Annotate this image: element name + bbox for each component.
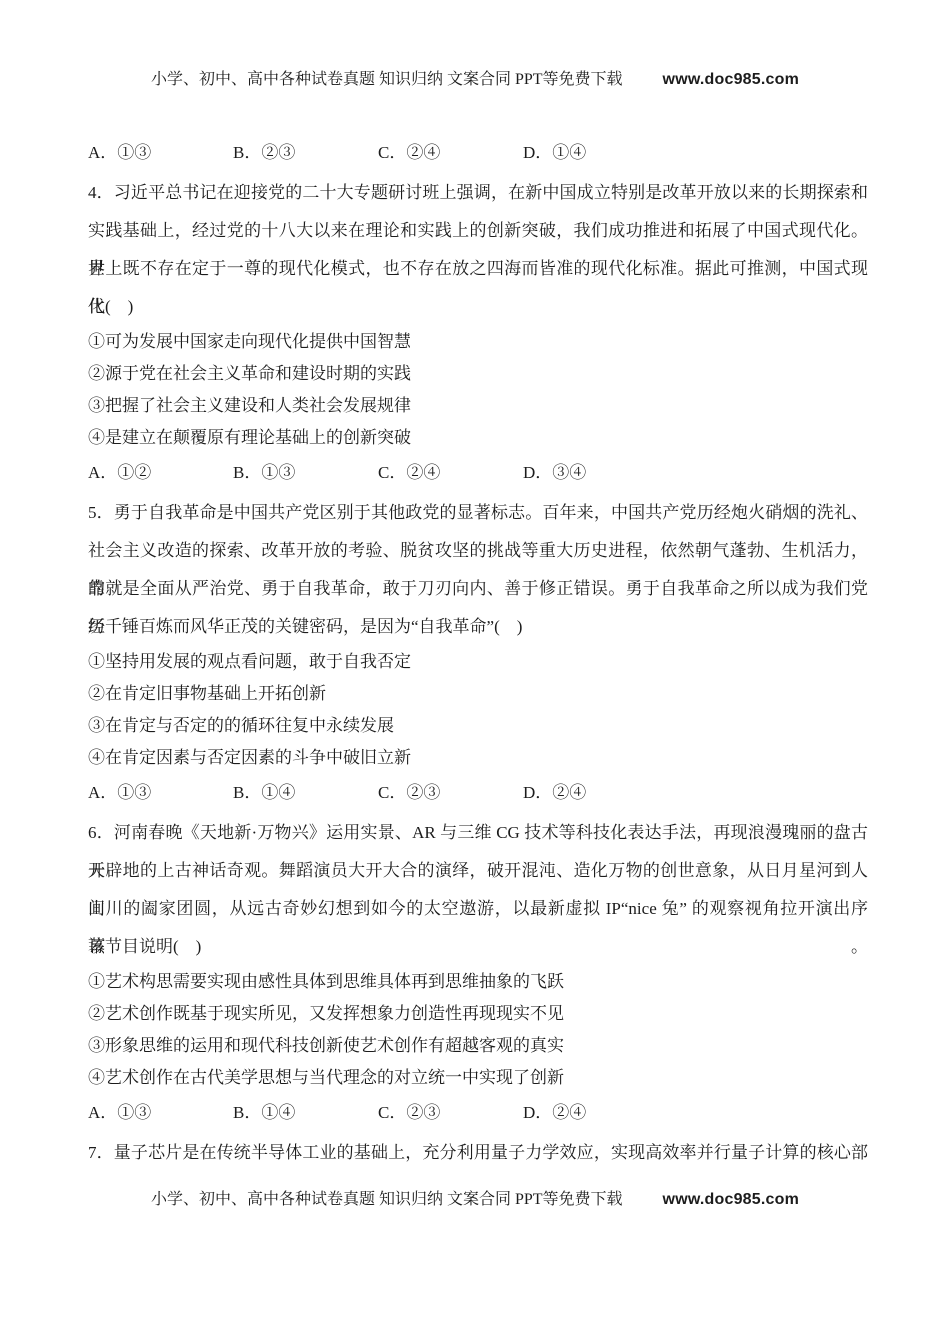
answer-option-d: D．②④ [523,778,586,803]
answer-option-d: D．②④ [523,1098,586,1123]
answer-option-b: B．①④ [233,778,378,803]
question-5-statement-2: ②在肯定旧事物基础上开拓创新 [88,678,868,710]
question-6: 6．河南春晚《天地新·万物兴》运用实景、AR 与三维 CG 技术等科技化表达手法… [88,814,868,1126]
answer-option-b: B．①③ [233,458,378,483]
question-5-statement-1: ①坚持用发展的观点看问题，敢于自我否定 [88,646,868,678]
footer-banner-text: 小学、初中、高中各种试卷真题 知识归纳 文案合同 PPT等免费下载 [151,1186,623,1209]
question-6-statement-2: ②艺术创作既基于现实所见，又发挥想象力创造性再现现实不见 [88,998,868,1030]
answer-options-row-q3: A．①③B．②③C．②④D．①④ [88,134,868,166]
answer-option-c: C．②④ [378,138,523,163]
question-5-stem-line-1: 5．勇于自我革命是中国共产党区别于其他政党的显著标志。百年来，中国共产党历经炮火… [88,494,868,532]
question-4-statement-1: ①可为发展中国家走向现代化提供中国智慧 [88,326,868,358]
footer-banner: 小学、初中、高中各种试卷真题 知识归纳 文案合同 PPT等免费下载 www.do… [0,1186,950,1209]
exam-document-page: 小学、初中、高中各种试卷真题 知识归纳 文案合同 PPT等免费下载 www.do… [0,0,950,1344]
answer-option-b: B．①④ [233,1098,378,1123]
question-4-statement-3: ③把握了社会主义建设和人类社会发展规律 [88,390,868,422]
answer-option-a: A．①③ [88,778,233,803]
answer-options-row-q5: A．①③B．①④C．②③D．②④ [88,774,868,806]
question-6-stem-line-3: 山川的阖家团圆，从远古奇妙幻想到如今的太空遨游，以最新虚拟 IP“nice 兔”… [88,890,868,928]
question-6-statement-4: ④艺术创作在古代美学思想与当代理念的对立统一中实现了创新 [88,1062,868,1094]
question-6-statement-3: ③形象思维的运用和现代科技创新使艺术创作有超越客观的真实 [88,1030,868,1062]
question-6-stem-line-1: 6．河南春晚《天地新·万物兴》运用实景、AR 与三维 CG 技术等科技化表达手法… [88,814,868,852]
footer-banner-url: www.doc985.com [663,1191,799,1209]
answer-option-a: A．①③ [88,1098,233,1123]
answer-option-d: D．③④ [523,458,586,483]
answer-option-b: B．②③ [233,138,378,163]
question-4-statement-2: ②源于党在社会主义革命和建设时期的实践 [88,358,868,390]
question-5-stem-line-2: 社会主义改造的探索、改革开放的考验、脱贫攻坚的挑战等重大历史进程，依然朝气蓬勃、… [88,532,868,570]
answer-options-row-q6: A．①③B．①④C．②③D．②④ [88,1094,868,1126]
answer-option-c: C．②③ [378,778,523,803]
question-4-stem-line-2: 实践基础上，经过党的十八大以来在理论和实践上的创新突破，我们成功推进和拓展了中国… [88,212,868,250]
question-7-partial: 7．量子芯片是在传统半导体工业的基础上，充分利用量子力学效应，实现高效率并行量子… [88,1134,868,1172]
answer-option-d: D．①④ [523,138,586,163]
header-banner-text: 小学、初中、高中各种试卷真题 知识归纳 文案合同 PPT等免费下载 [151,66,623,89]
header-banner: 小学、初中、高中各种试卷真题 知识归纳 文案合同 PPT等免费下载 www.do… [0,66,950,89]
answer-option-a: A．①③ [88,138,233,163]
question-5-statement-3: ③在肯定与否定的的循环往复中永续发展 [88,710,868,742]
header-banner-url: www.doc985.com [663,71,799,89]
question-4-stem-line-1: 4．习近平总书记在迎接党的二十大专题研讨班上强调，在新中国成立特别是改革开放以来… [88,174,868,212]
answer-option-a: A．①② [88,458,233,483]
question-7-stem-line-1: 7．量子芯片是在传统半导体工业的基础上，充分利用量子力学效应，实现高效率并行量子… [88,1134,868,1172]
exam-content: A．①③B．②③C．②④D．①④4．习近平总书记在迎接党的二十大专题研讨班上强调… [88,134,868,1172]
answer-option-c: C．②④ [378,458,523,483]
question-4-stem-line-3: 界上既不存在定于一尊的现代化模式，也不存在放之四海而皆准的现代化标准。据此可推测… [88,250,868,288]
answer-options-row-q4: A．①②B．①③C．②④D．③④ [88,454,868,486]
question-5-statement-4: ④在肯定因素与否定因素的斗争中破旧立新 [88,742,868,774]
question-4: 4．习近平总书记在迎接党的二十大专题研讨班上强调，在新中国成立特别是改革开放以来… [88,174,868,486]
question-6-statement-1: ①艺术构思需要实现由感性具体到思维具体再到思维抽象的飞跃 [88,966,868,998]
question-4-stem-line-4: 化( ) [88,288,868,326]
answer-option-c: C．②③ [378,1098,523,1123]
question-5: 5．勇于自我革命是中国共产党区别于其他政党的显著标志。百年来，中国共产党历经炮火… [88,494,868,806]
question-4-statement-4: ④是建立在颠覆原有理论基础上的创新突破 [88,422,868,454]
question-5-stem-line-3: 的就是全面从严治党、勇于自我革命，敢于刀刃向内、善于修正错误。勇于自我革命之所以… [88,570,868,608]
question-6-stem-line-2: 天辟地的上古神话奇观。舞蹈演员大开大合的演绎，破开混沌、造化万物的创世意象，从日… [88,852,868,890]
question-5-stem-line-4: 经千锤百炼而风华正茂的关键密码，是因为“自我革命”( ) [88,608,868,646]
